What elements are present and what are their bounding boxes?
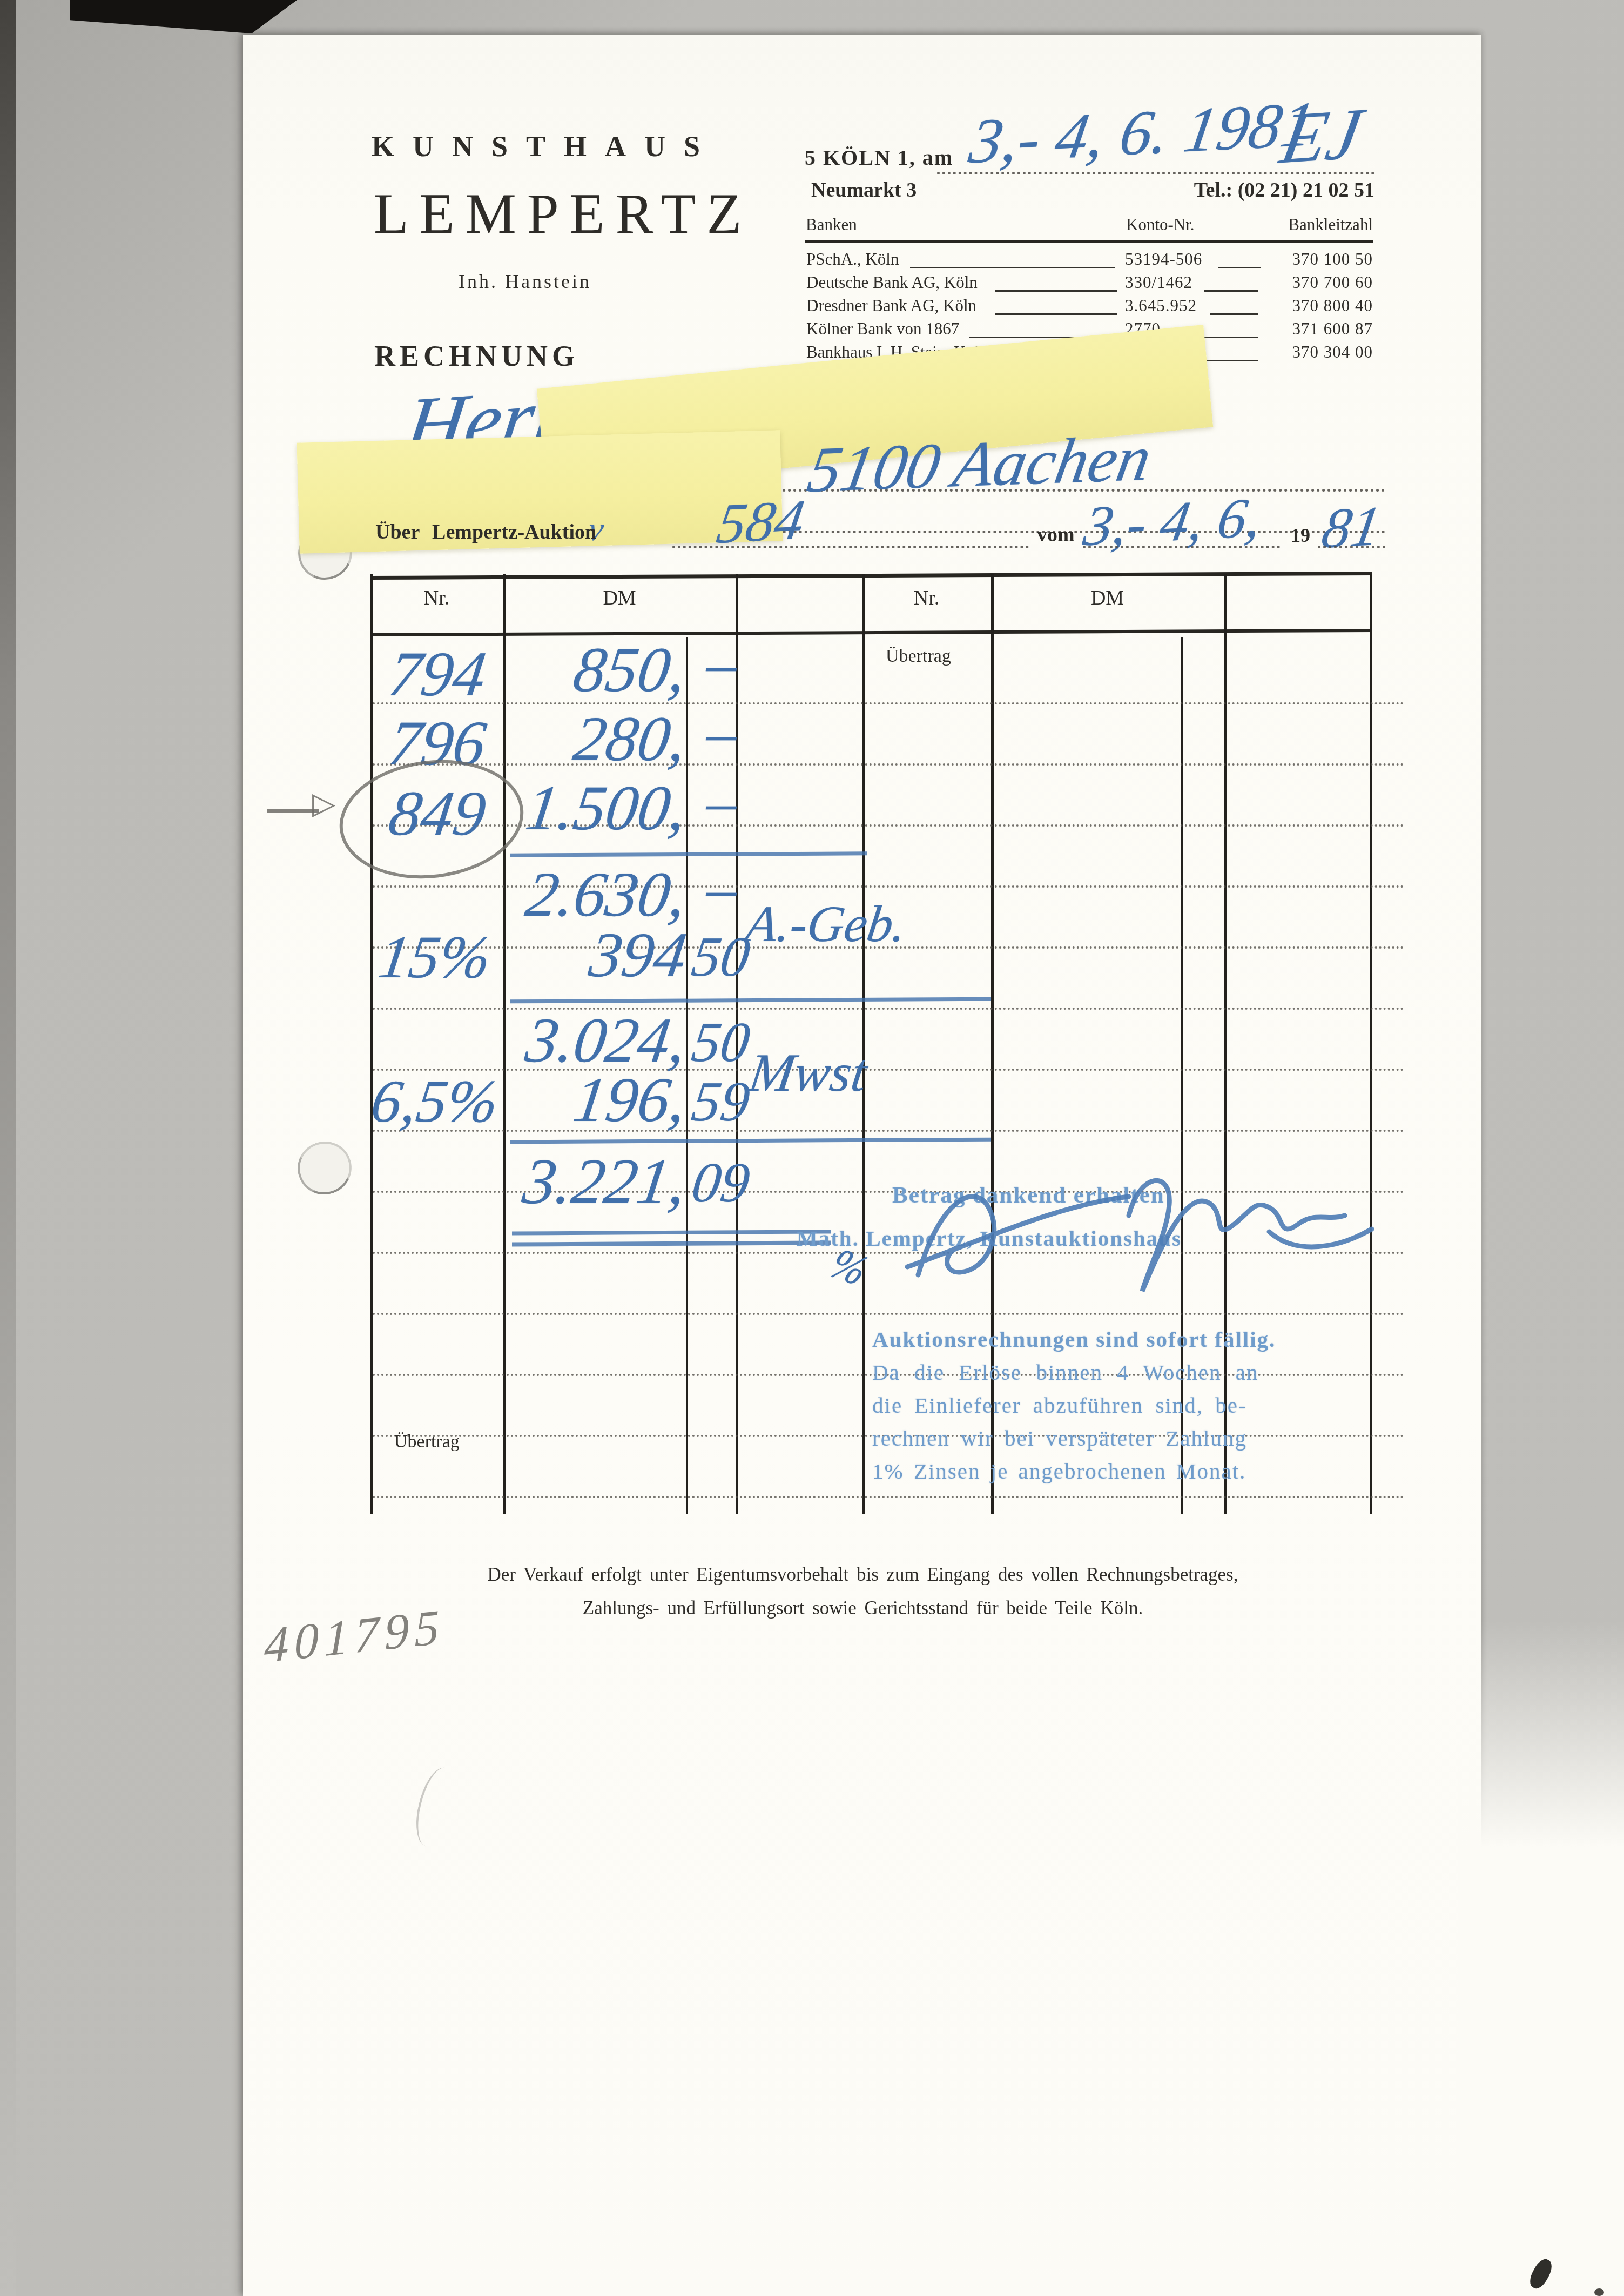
pencil-arrow-line	[267, 809, 319, 813]
item-amount-dm: 394	[491, 918, 691, 992]
table-border-outer-right	[1370, 574, 1372, 1514]
item-amount-dm: 196,	[491, 1063, 691, 1137]
item-note-mwst: Mwst	[745, 1042, 871, 1104]
year-line	[1318, 546, 1385, 548]
item-amount-pf: –	[688, 854, 757, 923]
footer-terms-line1: Der Verkauf erfolgt unter Eigentumsvorbe…	[246, 1564, 1480, 1586]
bank-row-line	[1210, 313, 1258, 315]
brand-name-top: KUNSTHAUS	[372, 130, 696, 163]
paper-bottom-right	[1458, 1621, 1624, 2296]
year-printed: 19	[1291, 524, 1310, 547]
item-amount-pf: –	[688, 699, 757, 767]
item-amount-dm: 280,	[491, 702, 691, 776]
item-note-aufgeld: A.-Geb.	[742, 894, 910, 954]
bank-row-line	[995, 290, 1117, 292]
signature	[897, 1140, 1393, 1318]
year-handwritten: 81	[1318, 493, 1385, 561]
scanned-invoice: KUNSTHAUS LEMPERTZ Inh. Hanstein RECHNUN…	[0, 0, 1624, 2296]
ink-speck-small	[1594, 2288, 1604, 2296]
col-header-dm-left: DM	[503, 586, 736, 610]
phone-number: Tel.: (02 21) 21 02 51	[1059, 178, 1374, 202]
col-header-dm-right: DM	[991, 586, 1224, 610]
bank-blz: 370 800 40	[1264, 296, 1373, 315]
street-address: Neumarkt 3	[811, 178, 917, 202]
bank-row: Deutsche Bank AG, Köln	[806, 273, 978, 292]
item-lot-number: 794	[367, 637, 507, 711]
brand-owner: Inh. Hanstein	[374, 270, 676, 293]
item-rate: 6,5%	[357, 1067, 513, 1137]
terms-stamp-line: rechnen wir bei verspäteter Zahlung	[872, 1425, 1247, 1451]
bank-blz: 371 600 87	[1264, 319, 1373, 339]
col-header-nr-right: Nr.	[862, 586, 991, 610]
konto-col-header: Konto-Nr.	[1126, 215, 1195, 234]
item-amount-dm: 850,	[491, 633, 691, 707]
bank-konto: 53194-506	[1125, 250, 1202, 269]
bank-col-header: Banken	[806, 215, 857, 234]
bank-blz: 370 304 00	[1264, 343, 1373, 362]
uebertrag-top-label: Übertrag	[886, 646, 951, 667]
terms-stamp-line: 1% Zinsen je angebrochenen Monat.	[872, 1458, 1246, 1484]
bank-konto: 3.645.952	[1125, 296, 1197, 315]
auction-label: Über Lempertz-Auktion	[375, 520, 596, 544]
table-row-line	[373, 1496, 1404, 1498]
bank-row-line	[1202, 360, 1258, 361]
uebertrag-bottom-label: Übertrag	[394, 1432, 460, 1452]
auction-number-line	[672, 546, 1029, 548]
bank-row: PSchA., Köln	[806, 250, 899, 269]
table-border-left	[370, 574, 373, 1514]
bank-header-rule	[805, 240, 1373, 243]
terms-stamp-line: Auktionsrechnungen sind sofort fällig.	[872, 1326, 1276, 1352]
date-initials-handwritten: EJ	[1275, 92, 1367, 181]
total-amount-dm: 3.221,	[481, 1144, 691, 1219]
bank-row-line	[1218, 267, 1261, 268]
blz-col-header: Bankleitzahl	[1258, 215, 1373, 234]
bank-row-line	[910, 267, 1115, 268]
pencil-arrow-head: ▷	[312, 786, 335, 821]
document-title: RECHNUNG	[374, 339, 579, 373]
item-amount-pf: –	[688, 629, 757, 698]
terms-stamp-line: Da die Erlöse binnen 4 Wochen an	[872, 1359, 1259, 1385]
terms-stamp-line: die Einlieferer abzuführen sind, be-	[872, 1392, 1247, 1418]
bank-blz: 370 700 60	[1264, 273, 1373, 292]
scan-edge-strip	[0, 0, 16, 2296]
city-date-label: 5 KÖLN 1, am	[805, 145, 953, 170]
bank-konto: 330/1462	[1125, 273, 1192, 292]
bank-blz: 370 100 50	[1264, 250, 1373, 269]
item-rate: 15%	[362, 923, 507, 992]
bank-row-line	[1204, 290, 1258, 292]
bank-row-line	[995, 313, 1117, 315]
brand-name-main: LEMPERTZ	[374, 181, 698, 247]
col-header-nr-left: Nr.	[370, 586, 503, 610]
scan-edge-wedge	[70, 0, 297, 33]
bank-row: Kölner Bank von 1867	[806, 319, 959, 339]
total-amount-pf: 09	[686, 1150, 755, 1215]
bank-row: Dresdner Bank AG, Köln	[806, 296, 976, 315]
vom-line	[1083, 546, 1280, 548]
item-amount-pf: –	[688, 768, 757, 836]
date-line	[937, 172, 1374, 174]
vom-label: vom	[1037, 523, 1075, 547]
item-amount-pf: 50	[686, 1009, 755, 1075]
